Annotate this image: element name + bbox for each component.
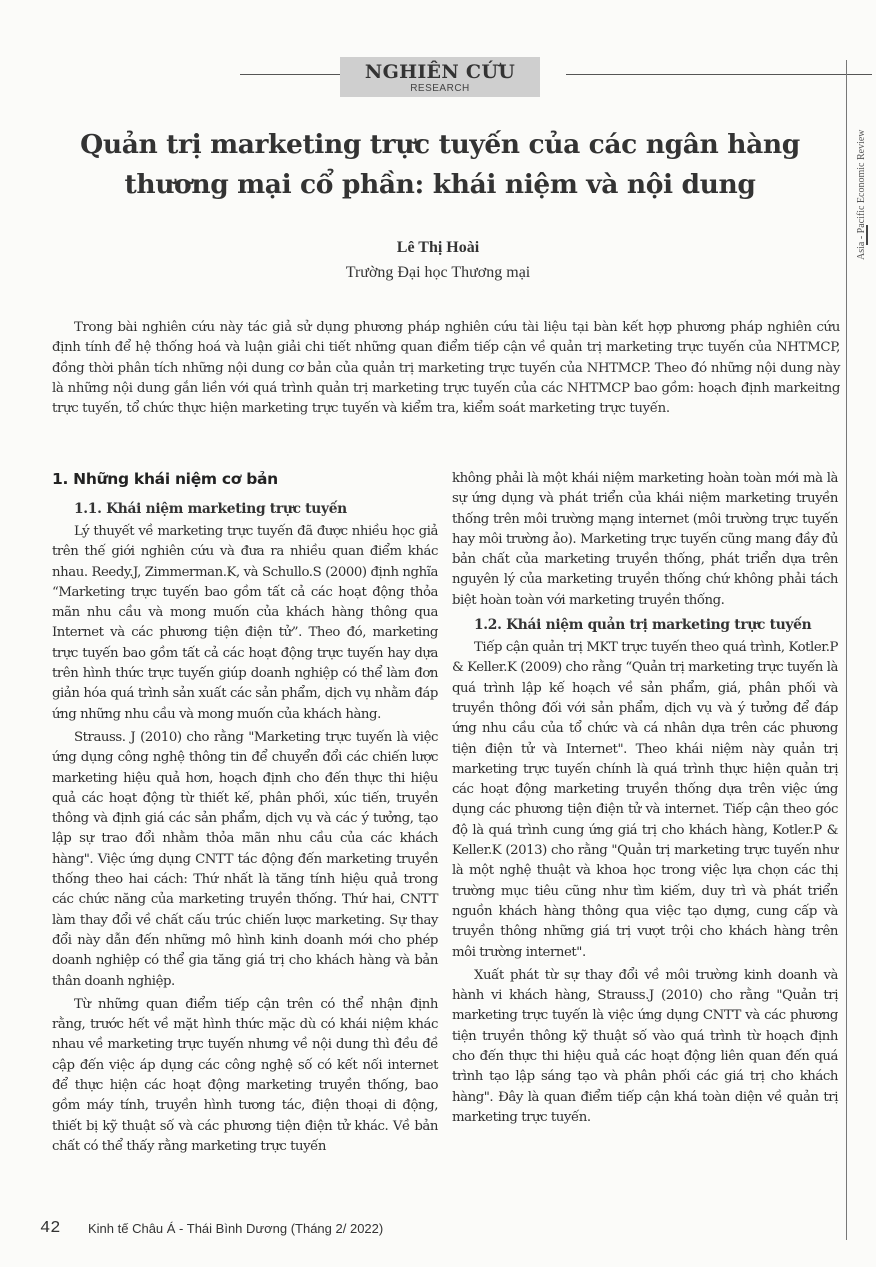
paragraph-continued: không phải là một khái niệm marketing ho… xyxy=(452,469,838,611)
paragraph: Lý thuyết về marketing trực tuyến đã đượ… xyxy=(52,522,438,725)
section-heading: 1. Những khái niệm cơ bản xyxy=(52,468,438,490)
section-label: NGHIÊN CỨU xyxy=(340,57,540,83)
subsection-heading: 1.2. Khái niệm quản trị marketing trực t… xyxy=(452,614,838,636)
paragraph: Tiếp cận quản trị MKT trực tuyến theo qu… xyxy=(452,638,838,963)
column-right: không phải là một khái niệm marketing ho… xyxy=(452,469,838,1131)
journal-footer: Kinh tế Châu Á - Thái Bình Dương (Tháng … xyxy=(88,1221,383,1236)
paragraph: Strauss. J (2010) cho rằng "Marketing tr… xyxy=(52,728,438,992)
paragraph: Xuất phát từ sự thay đổi về môi trường k… xyxy=(452,966,838,1128)
column-left: 1. Những khái niệm cơ bản 1.1. Khái niệm… xyxy=(52,468,438,1160)
margin-rule xyxy=(846,60,847,1240)
header-rule-left xyxy=(240,74,340,75)
author-affiliation: Trường Đại học Thương mại xyxy=(0,264,876,282)
subsection-heading: 1.1. Khái niệm marketing trực tuyến xyxy=(52,498,438,520)
article-title: Quản trị marketing trực tuyến của các ng… xyxy=(60,125,820,205)
page-number: 42 xyxy=(40,1219,60,1238)
paragraph: Từ những quan điểm tiếp cận trên có thể … xyxy=(52,995,438,1157)
header-rule-right xyxy=(566,74,872,75)
section-banner: NGHIÊN CỨU RESEARCH xyxy=(340,57,540,97)
author-name: Lê Thị Hoài xyxy=(0,239,876,257)
abstract: Trong bài nghiên cứu này tác giả sử dụng… xyxy=(52,318,840,419)
section-sublabel: RESEARCH xyxy=(340,83,540,95)
